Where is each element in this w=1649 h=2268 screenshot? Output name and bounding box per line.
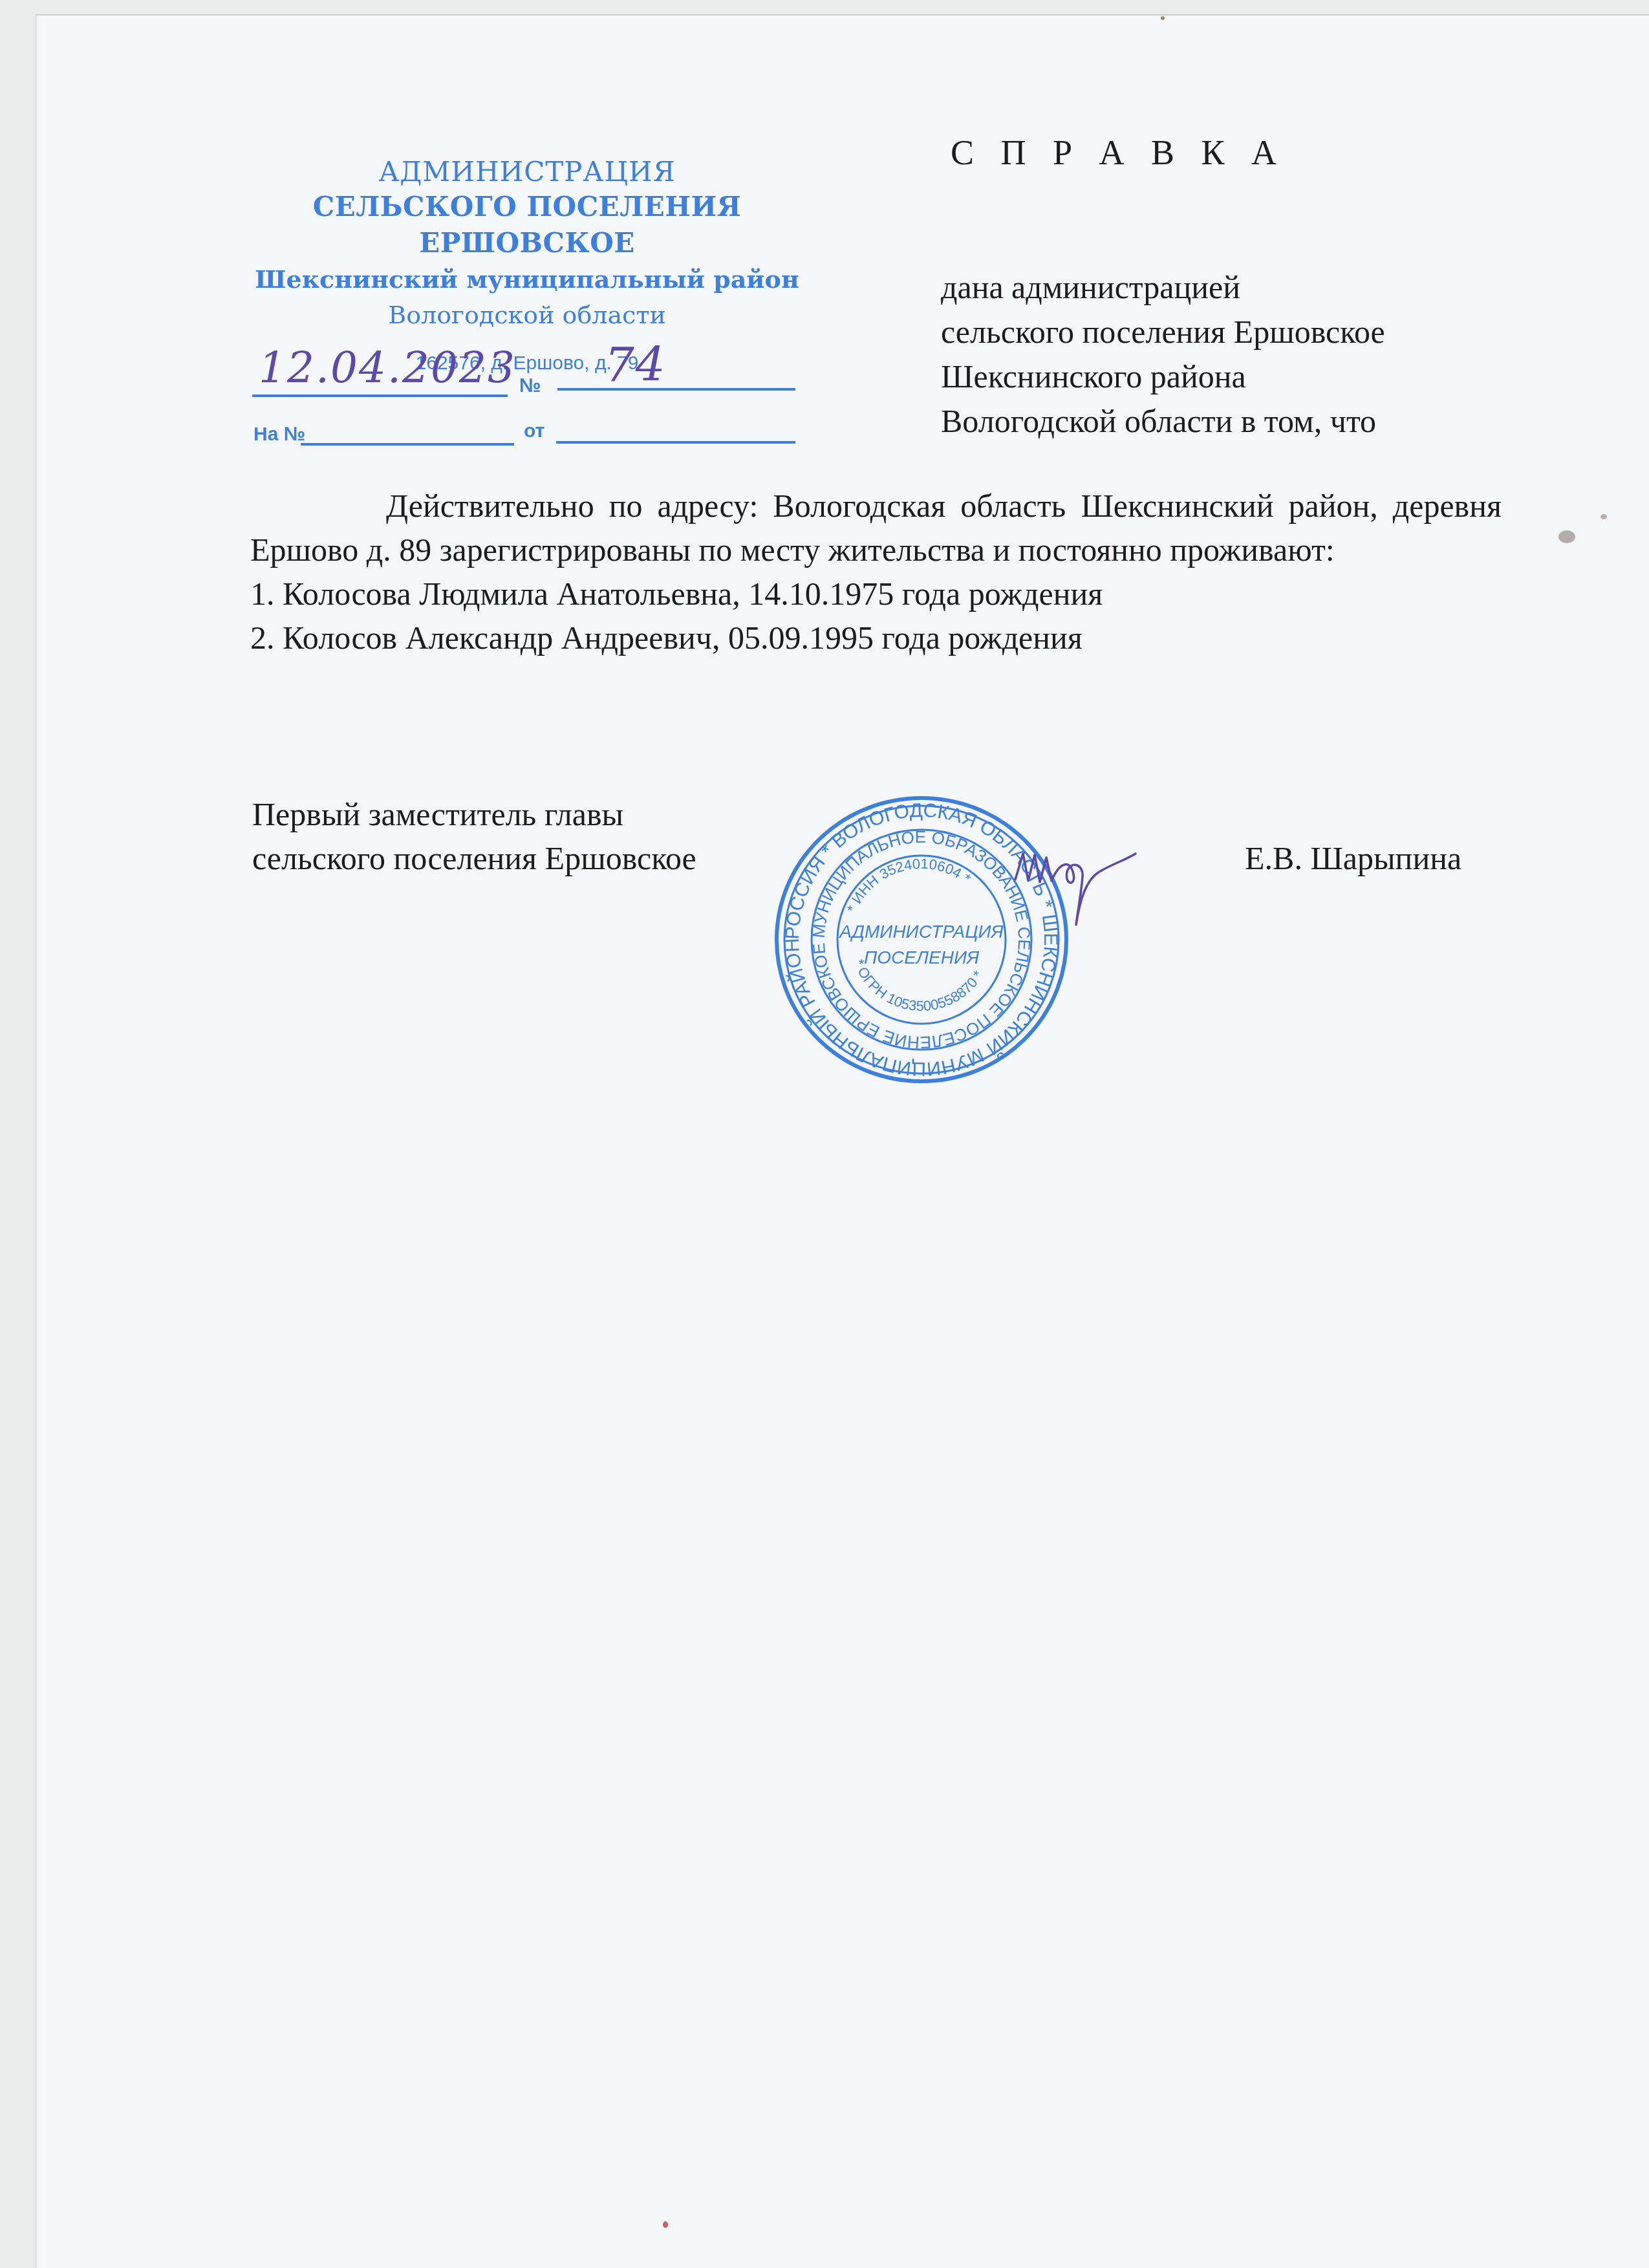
issued-by-line-3: Шекснинского района [941,354,1385,399]
paper-speck [1600,514,1607,519]
stamp-center-line-1: АДМИНИСТРАЦИЯ [838,922,1004,942]
number-underline [557,388,795,391]
stamp-line-district: Шекснинский муниципальный район [249,261,805,297]
handwritten-date: 12.04.2023 [259,343,516,393]
stamp-center-line-2: ПОСЕЛЕНИЯ [864,947,980,967]
paper-speck [1558,530,1575,543]
body-paragraph: Действительно по адресу: Вологодская обл… [250,484,1502,572]
issued-by-line-2: сельского поселения Ершовское [941,310,1385,354]
resident-item-1: 1. Колосова Людмила Анатольевна, 14.10.1… [250,572,1502,616]
stamp-line-administration: АДМИНИСТРАЦИЯ [249,155,805,189]
signer-position-line-1: Первый заместитель главы [252,792,696,836]
reference-line: На № от [252,414,795,472]
handwritten-number: 74 [605,338,667,392]
issued-by-block: дана администрацией сельского поселения … [941,265,1385,444]
handwritten-signature [1009,834,1138,931]
from-label: от [524,420,544,442]
signer-name: Е.В. Шарыпина [1245,836,1461,880]
stamp-line-region: Вологодской области [249,297,805,332]
from-underline [556,441,795,444]
stamp-line-settlement: СЕЛЬСКОГО ПОСЕЛЕНИЯ ЕРШОВСКОЕ [249,189,805,261]
ref-underline [301,443,514,446]
registration-date-line: 12.04.2023 № 74 [252,343,795,401]
issued-by-line-1: дана администрацией [941,265,1385,310]
paper-speck [663,2221,668,2228]
document-title: С П Р А В К А [951,133,1286,173]
certificate-body: Действительно по адресу: Вологодская обл… [250,484,1502,660]
signer-position: Первый заместитель главы сельского посел… [252,792,696,880]
resident-item-2: 2. Колосов Александр Андреевич, 05.09.19… [250,616,1502,660]
issued-by-line-4: Вологодской области в том, что [941,399,1385,444]
date-underline [252,394,508,397]
paper-speck [1161,16,1165,20]
number-label: № [519,375,541,397]
ref-label: На № [253,424,305,446]
signer-position-line-2: сельского поселения Ершовское [252,836,696,880]
